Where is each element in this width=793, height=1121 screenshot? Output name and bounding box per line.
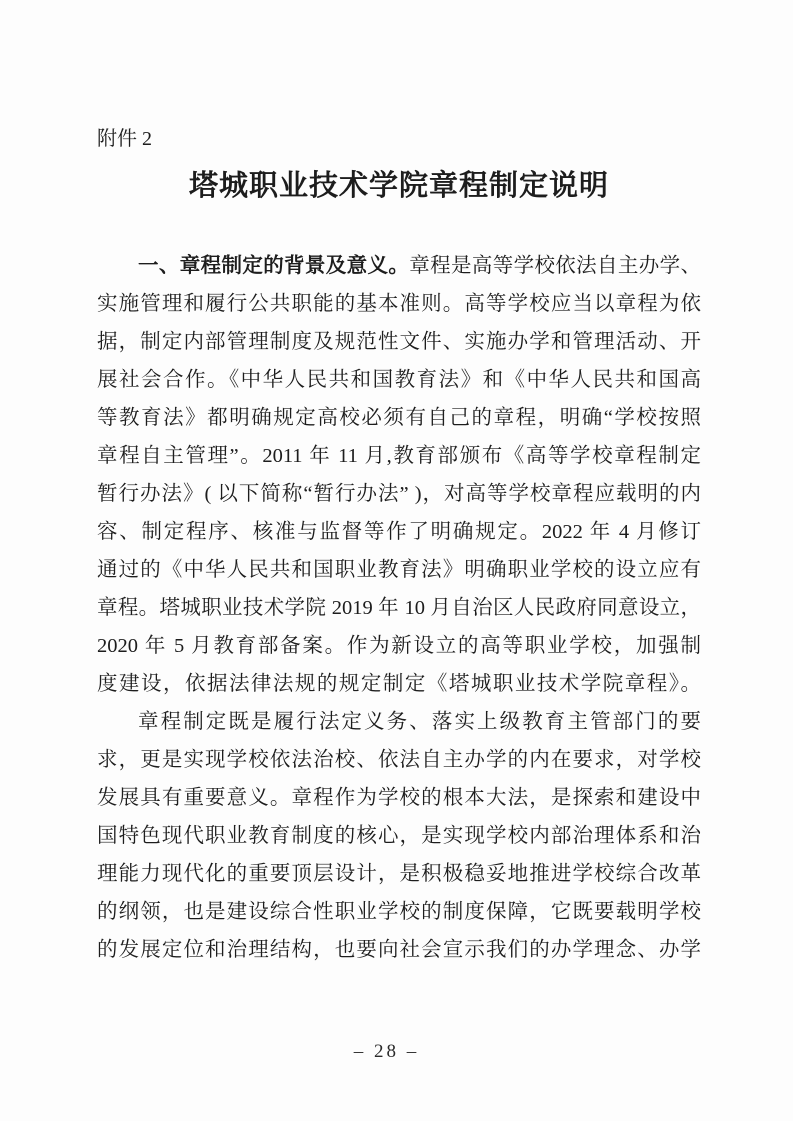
page-number: – 28 – bbox=[0, 1041, 773, 1063]
text-line: 章程。塔城职业技术学院 2019 年 10 月自治区人民政府同意设立， bbox=[97, 589, 701, 627]
text-line: 据，制定内部管理制度及规范性文件、实施办学和管理活动、开 bbox=[97, 323, 701, 361]
text-line: 度建设，依据法律法规的规定制定《塔城职业技术学院章程》。 bbox=[97, 665, 701, 703]
text-line: 容、制定程序、核准与监督等作了明确规定。2022 年 4 月修订 bbox=[97, 513, 701, 551]
text-line: 理能力现代化的重要顶层设计，是积极稳妥地推进学校综合改革 bbox=[97, 855, 701, 893]
text-line: 通过的《中华人民共和国职业教育法》明确职业学校的设立应有 bbox=[97, 551, 701, 589]
text-line: 等教育法》都明确规定高校必须有自己的章程，明确“学校按照 bbox=[97, 399, 701, 437]
text-line: 2020 年 5 月教育部备案。作为新设立的高等职业学校，加强制 bbox=[97, 627, 701, 665]
text-line: 发展具有重要意义。章程作为学校的根本大法，是探索和建设中 bbox=[97, 779, 701, 817]
text-line: 章程制定既是履行法定义务、落实上级教育主管部门的要 bbox=[97, 703, 701, 741]
text-line: 的纲领，也是建设综合性职业学校的制度保障，它既要载明学校 bbox=[97, 893, 701, 931]
text-line: 求，更是实现学校依法治校、依法自主办学的内在要求，对学校 bbox=[97, 741, 701, 779]
section-heading: 一、章程制定的背景及意义。 bbox=[138, 254, 409, 277]
text-line: 的发展定位和治理结构，也要向社会宣示我们的办学理念、办学 bbox=[97, 931, 701, 969]
document-page: 附件 2 塔城职业技术学院章程制定说明 一、章程制定的背景及意义。章程是高等学校… bbox=[0, 0, 793, 1121]
text-line: 展社会合作。《中华人民共和国教育法》和《中华人民共和国高 bbox=[97, 361, 701, 399]
attachment-label: 附件 2 bbox=[97, 127, 701, 151]
text-line: 暂行办法》( 以下简称“暂行办法” )，对高等学校章程应载明的内 bbox=[97, 475, 701, 513]
text-line: 实施管理和履行公共职能的基本准则。高等学校应当以章程为依 bbox=[97, 285, 701, 323]
text-line: 章程自主管理”。2011 年 11 月,教育部颁布《高等学校章程制定 bbox=[97, 437, 701, 475]
document-body: 一、章程制定的背景及意义。章程是高等学校依法自主办学、实施管理和履行公共职能的基… bbox=[97, 247, 701, 969]
document-title: 塔城职业技术学院章程制定说明 bbox=[97, 168, 701, 204]
text-line: 一、章程制定的背景及意义。章程是高等学校依法自主办学、 bbox=[97, 247, 701, 285]
text-line: 国特色现代职业教育制度的核心，是实现学校内部治理体系和治 bbox=[97, 817, 701, 855]
